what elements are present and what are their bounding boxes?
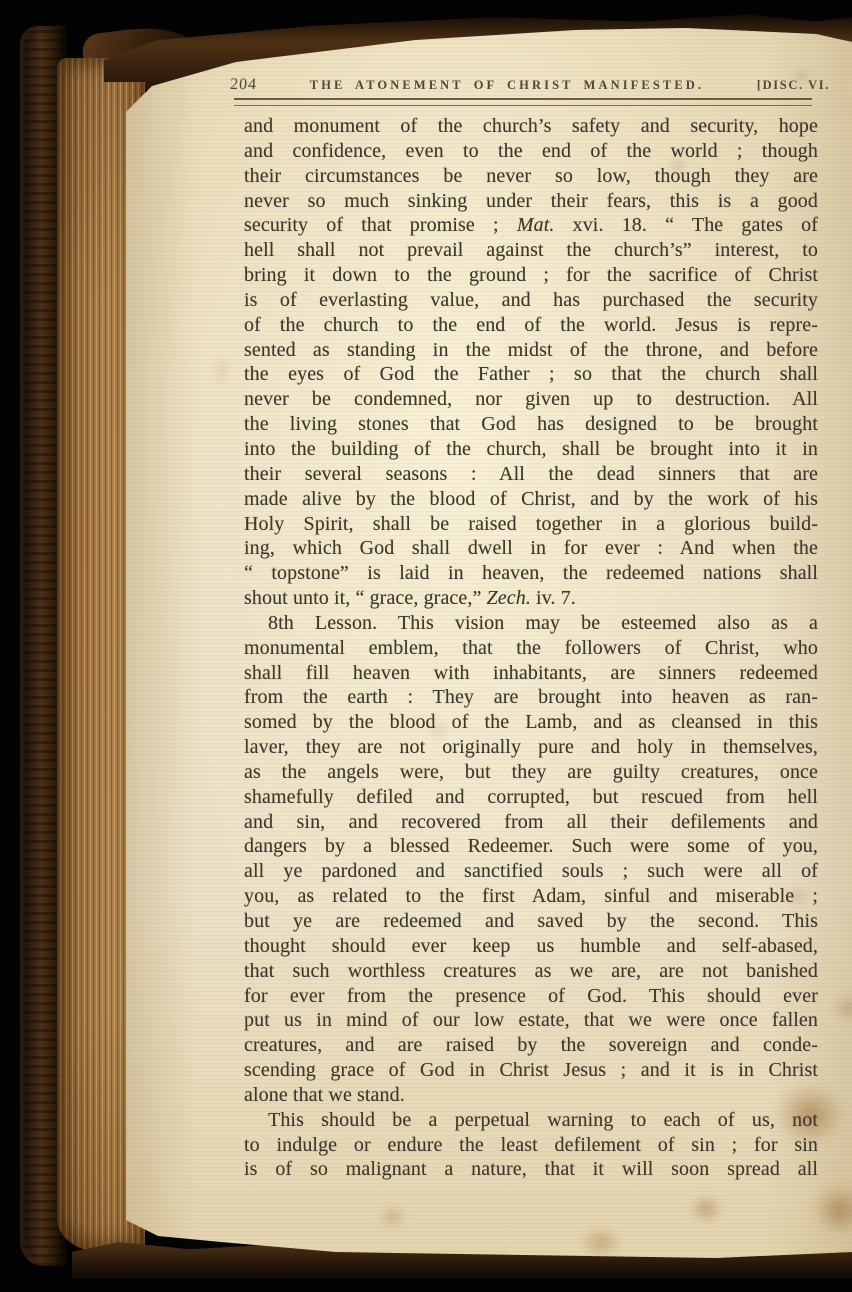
foxing-stain [212, 348, 232, 394]
text-line: the eyes of God the Father ; so that the… [244, 362, 818, 387]
text-line: into the building of the church, shall b… [244, 437, 818, 462]
text-line: shall fill heaven with inhabitants, are … [244, 661, 818, 686]
text-line: from the earth : They are brought into h… [244, 685, 818, 710]
text-line: laver, they are not originally pure and … [244, 735, 818, 760]
text-line: their several seasons : All the dead sin… [244, 462, 818, 487]
text-line: This should be a perpetual warning to ea… [244, 1108, 818, 1133]
text-line: made alive by the blood of Christ, and b… [244, 487, 818, 512]
text-line: is of so malignant a nature, that it wil… [244, 1157, 818, 1182]
text-line: monumental emblem, that the followers of… [244, 636, 818, 661]
text-line: and sin, and recovered from all their de… [244, 810, 818, 835]
page-number: 204 [229, 76, 257, 94]
paragraph: This should be a perpetual warning to ea… [244, 1108, 818, 1183]
text-line: as the angels were, but they are guilty … [244, 760, 818, 785]
text-line: to indulge or endure the least defilemen… [244, 1133, 818, 1158]
text-line: thought should ever keep us humble and s… [244, 934, 818, 959]
text-line: somed by the blood of the Lamb, and as c… [244, 710, 818, 735]
text-line: that such worthless creatures as we are,… [244, 959, 818, 984]
text-line: and monument of the church’s safety and … [244, 114, 818, 139]
text-line: but ye are redeemed and saved by the sec… [244, 909, 818, 934]
text-line: creatures, and are raised by the soverei… [244, 1033, 818, 1058]
text-line: hell shall not prevail against the churc… [244, 238, 818, 263]
text-line: and confidence, even to the end of the w… [244, 139, 818, 164]
section-label: [DISC. VI. [757, 78, 830, 93]
paragraph: and monument of the church’s safety and … [244, 114, 818, 611]
paragraph: 8th Lesson. This vision may be esteemed … [244, 611, 818, 1108]
text-line: bring it down to the ground ; for the sa… [244, 263, 818, 288]
text-line: shamefully defiled and corrupted, but re… [244, 785, 818, 810]
page-header: 204 THE ATONEMENT OF CHRIST MANIFESTED. … [230, 76, 830, 94]
text-line: is of everlasting value, and has purchas… [244, 288, 818, 313]
foxing-stain [682, 1188, 730, 1230]
running-title: THE ATONEMENT OF CHRIST MANIFESTED. [257, 78, 757, 93]
text-line: of the church to the end of the world. J… [244, 313, 818, 338]
header-double-rule [234, 98, 812, 106]
text-line: shout unto it, “ grace, grace,” Zech. iv… [244, 586, 818, 611]
text-line: Holy Spirit, shall be raised together in… [244, 512, 818, 537]
text-line: alone that we stand. [244, 1083, 818, 1108]
text-line: scending grace of God in Christ Jesus ; … [244, 1058, 818, 1083]
text-line: you, as related to the first Adam, sinfu… [244, 884, 818, 909]
text-line: ing, which God shall dwell in for ever :… [244, 536, 818, 561]
text-line: for ever from the presence of God. This … [244, 984, 818, 1009]
photo-scene: 204 THE ATONEMENT OF CHRIST MANIFESTED. … [0, 0, 852, 1292]
text-line: put us in mind of our low estate, that w… [244, 1008, 818, 1033]
foxing-stain [802, 1174, 852, 1246]
text-line: the living stones that God has designed … [244, 412, 818, 437]
text-line: dangers by a blessed Redeemer. Such were… [244, 834, 818, 859]
text-line: all ye pardoned and sanctified souls ; s… [244, 859, 818, 884]
foxing-stain [372, 1200, 414, 1234]
text-line: security of that promise ; Mat. xvi. 18.… [244, 213, 818, 238]
text-line: their circumstances be never so low, tho… [244, 164, 818, 189]
text-line: never be condemned, nor given up to dest… [244, 387, 818, 412]
text-line: never so much sinking under their fears,… [244, 189, 818, 214]
foxing-stain [826, 988, 852, 1028]
text-line: sented as standing in the midst of the t… [244, 338, 818, 363]
text-line: 8th Lesson. This vision may be esteemed … [244, 611, 818, 636]
body-text: and monument of the church’s safety and … [244, 114, 818, 1182]
book-page: 204 THE ATONEMENT OF CHRIST MANIFESTED. … [126, 28, 852, 1260]
text-line: “ topstone” is laid in heaven, the redee… [244, 561, 818, 586]
